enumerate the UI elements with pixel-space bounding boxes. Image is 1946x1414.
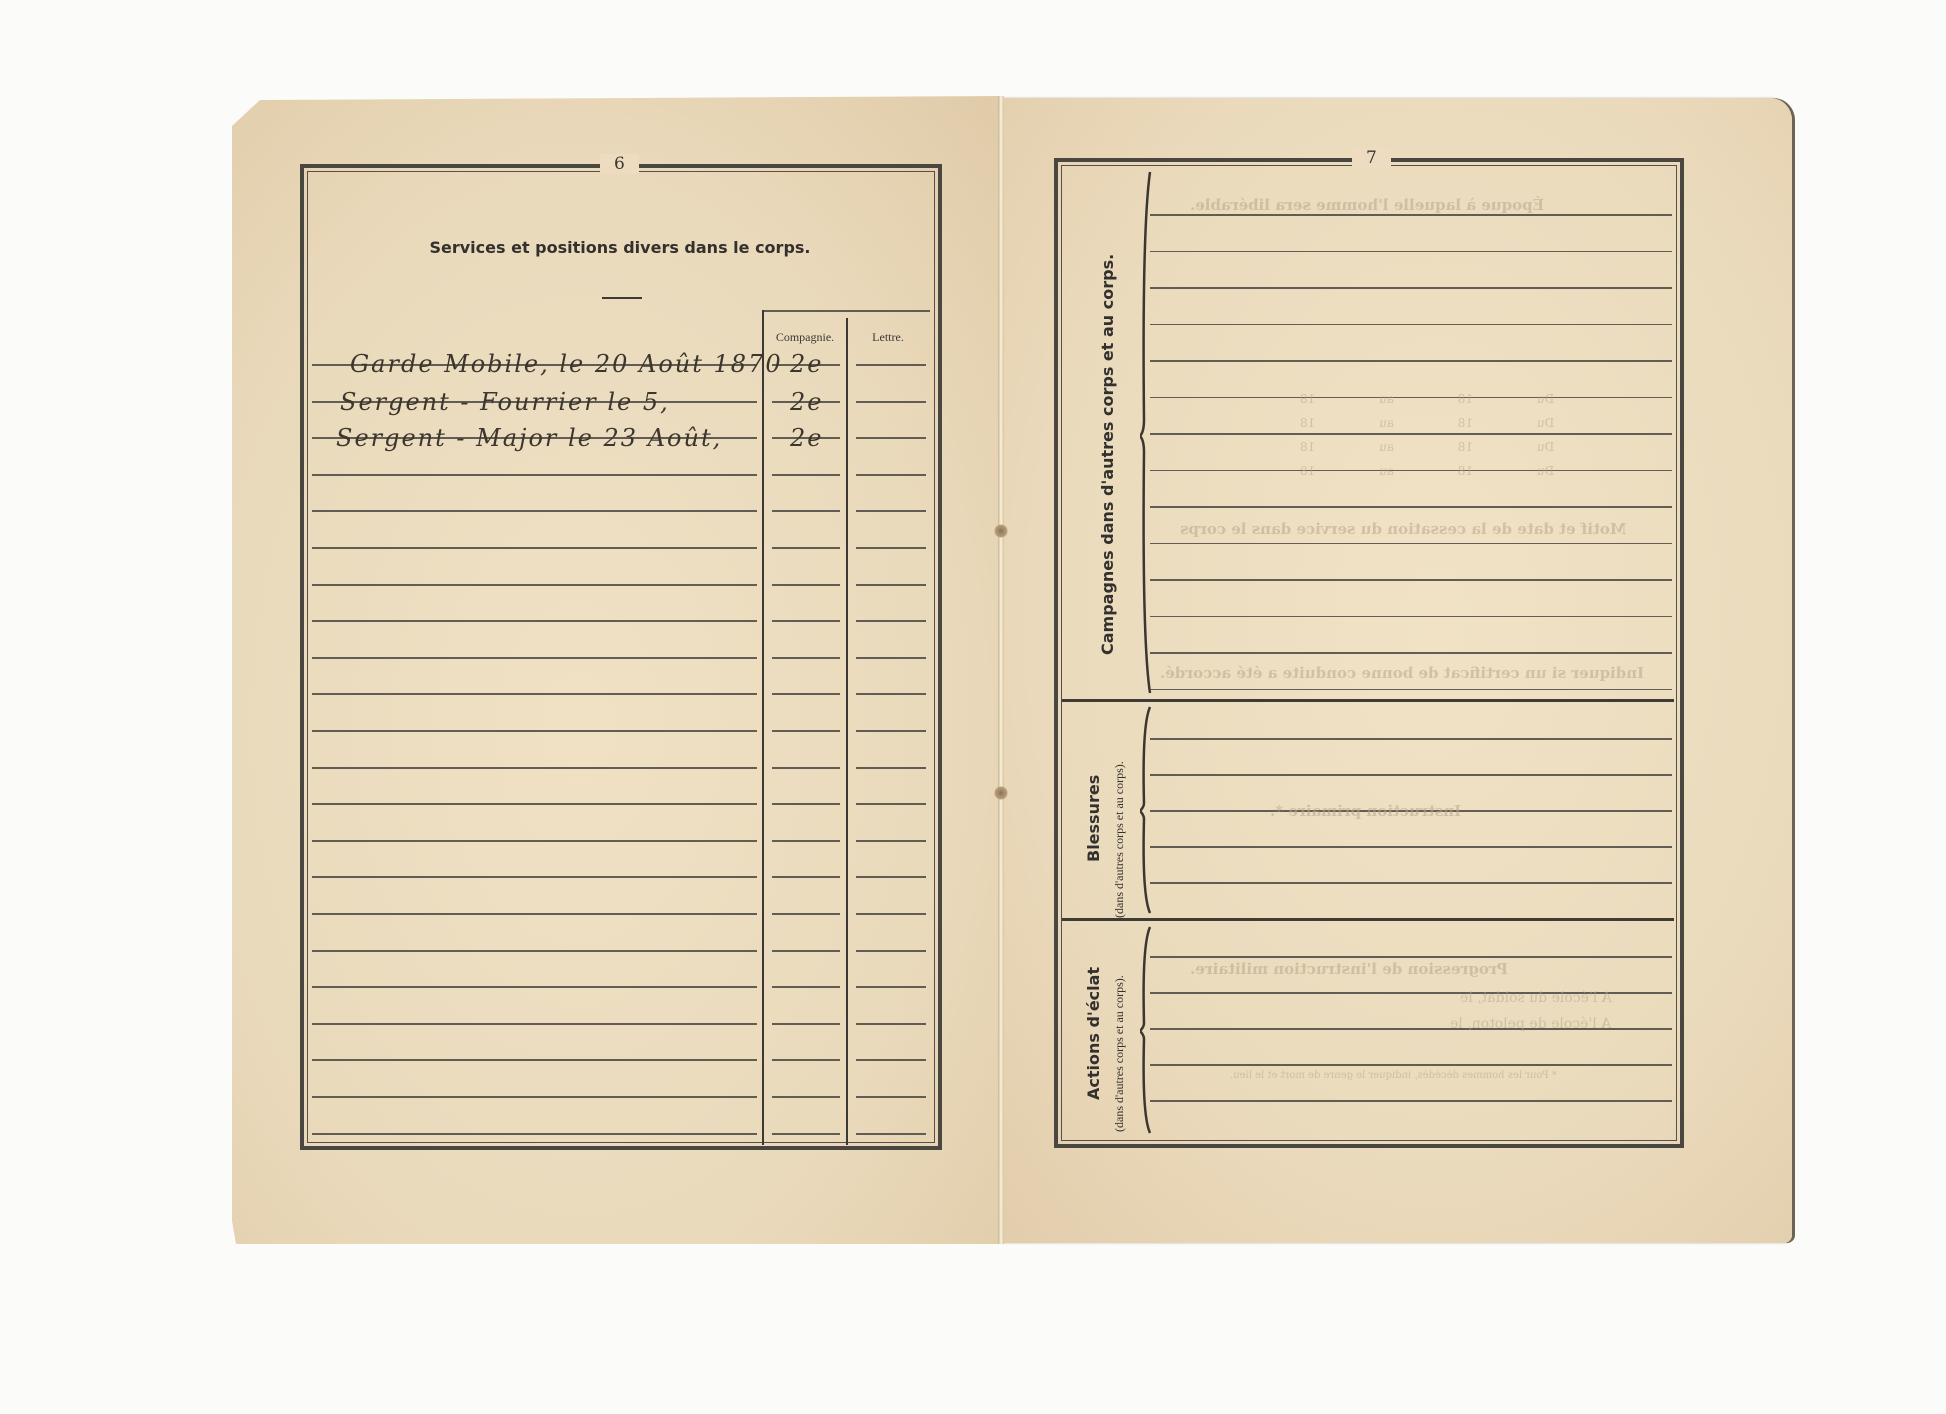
ruled-line xyxy=(312,620,757,622)
show-through-row: Du 18 au 18 xyxy=(1300,392,1554,406)
ruled-line xyxy=(772,913,840,915)
ruled-line xyxy=(856,401,926,403)
ruled-line xyxy=(856,913,926,915)
ruled-line xyxy=(772,950,840,952)
ruled-line xyxy=(856,474,926,476)
ruled-line xyxy=(312,1023,757,1025)
ruled-line xyxy=(1150,360,1672,362)
ruled-line xyxy=(856,950,926,952)
entry-text: Sergent - Major le 23 Août, xyxy=(336,424,722,452)
page-number: 7 xyxy=(1352,148,1391,168)
entry-text: Garde Mobile, le 20 Août 1870 xyxy=(350,350,783,378)
ruled-line xyxy=(772,547,840,549)
ruled-line xyxy=(856,1133,926,1135)
table-top-border xyxy=(762,310,930,312)
ruled-line xyxy=(772,584,840,586)
ruled-line xyxy=(312,986,757,988)
ruled-line xyxy=(312,547,757,549)
ruled-line xyxy=(1150,689,1672,691)
ruled-line xyxy=(772,620,840,622)
ruled-line xyxy=(856,693,926,695)
show-through-text: Indiquer si un certificat de bonne condu… xyxy=(1160,664,1644,682)
ruled-line xyxy=(772,1133,840,1135)
ruled-line xyxy=(312,950,757,952)
ruled-line xyxy=(856,767,926,769)
ruled-line xyxy=(312,657,757,659)
section-label-blessures: Blessures xyxy=(1084,775,1103,862)
ruled-line xyxy=(772,803,840,805)
show-through-text: Motif et date de la cessation du service… xyxy=(1180,520,1626,538)
ruled-line xyxy=(772,730,840,732)
page-title: Services et positions divers dans le cor… xyxy=(300,238,940,257)
ruled-line xyxy=(1150,956,1672,958)
ruled-line xyxy=(772,986,840,988)
section-divider xyxy=(1062,699,1674,702)
ruled-line xyxy=(312,913,757,915)
ruled-line xyxy=(856,1023,926,1025)
entry-compagnie: 2e xyxy=(790,388,823,416)
ruled-line xyxy=(1150,774,1672,776)
ruled-line xyxy=(856,876,926,878)
ruled-line xyxy=(772,474,840,476)
ruled-line xyxy=(1150,1064,1672,1066)
ruled-line xyxy=(1150,324,1672,326)
ruled-line xyxy=(772,510,840,512)
show-through-text: A l'école de peloton, le xyxy=(1450,1016,1611,1032)
ruled-line xyxy=(1150,882,1672,884)
ruled-line xyxy=(1150,543,1672,545)
ruled-line xyxy=(856,1096,926,1098)
section-divider xyxy=(1062,918,1674,921)
ruled-line xyxy=(772,1023,840,1025)
ruled-line xyxy=(856,364,926,366)
ruled-line xyxy=(772,1096,840,1098)
ruled-line xyxy=(772,693,840,695)
page-number: 6 xyxy=(600,154,639,174)
compagnie-column-line xyxy=(762,310,764,1145)
entry-text: Sergent - Fourrier le 5, xyxy=(340,388,670,416)
ruled-line xyxy=(1150,652,1672,654)
ruled-line xyxy=(312,730,757,732)
ruled-line xyxy=(312,803,757,805)
ruled-line xyxy=(312,584,757,586)
section-sublabel-blessures: (dans d'autres corps et au corps). xyxy=(1112,761,1127,918)
ruled-line xyxy=(856,986,926,988)
ruled-line xyxy=(856,584,926,586)
spine-tear xyxy=(994,786,1008,800)
ruled-line xyxy=(1150,251,1672,253)
ruled-line xyxy=(856,620,926,622)
show-through-text: A l'école du soldat, le xyxy=(1460,990,1612,1006)
ruled-line xyxy=(1150,616,1672,618)
ruled-line xyxy=(772,876,840,878)
show-through-text: Progression de l'instruction militaire. xyxy=(1190,960,1508,978)
ruled-line xyxy=(312,1133,757,1135)
ruled-line xyxy=(1150,846,1672,848)
ruled-line xyxy=(856,840,926,842)
entry-compagnie: 2e xyxy=(790,424,823,452)
column-header-compagnie: Compagnie. xyxy=(764,330,846,345)
ruled-line xyxy=(772,840,840,842)
show-through-text: Époque à laquelle l'homme sera libérable… xyxy=(1190,196,1544,214)
ruled-line xyxy=(312,510,757,512)
ruled-line xyxy=(856,730,926,732)
show-through-row: Du 18 au 18 xyxy=(1300,416,1554,430)
ruled-line xyxy=(856,1059,926,1061)
ruled-line xyxy=(1150,579,1672,581)
show-through-text: * Pour les hommes décédés, indiquer le g… xyxy=(1230,1070,1557,1081)
ruled-line xyxy=(1150,506,1672,508)
ruled-line xyxy=(312,474,757,476)
ruled-line xyxy=(856,657,926,659)
entry-compagnie: 2e xyxy=(790,350,823,378)
ruled-line xyxy=(1150,287,1672,289)
show-through-row: Du 18 au 18 xyxy=(1300,464,1554,478)
show-through-text: Instruction primaire *. xyxy=(1270,802,1461,820)
section-label-campagnes: Campagnes dans d'autres corps et au corp… xyxy=(1098,254,1117,655)
ruled-line xyxy=(856,510,926,512)
column-header-lettre: Lettre. xyxy=(848,330,928,345)
ruled-line xyxy=(312,840,757,842)
ruled-line xyxy=(312,1059,757,1061)
ruled-line xyxy=(1150,433,1672,435)
ruled-line xyxy=(312,767,757,769)
section-label-actions-eclat: Actions d'éclat xyxy=(1084,967,1103,1100)
ruled-line xyxy=(312,1096,757,1098)
ruled-line xyxy=(1150,214,1672,216)
ruled-line xyxy=(772,657,840,659)
ruled-line xyxy=(1150,1100,1672,1102)
ruled-line xyxy=(856,803,926,805)
show-through-row: Du 18 au 18 xyxy=(1300,440,1554,454)
ruled-line xyxy=(772,1059,840,1061)
spine-tear xyxy=(994,524,1008,538)
ruled-line xyxy=(312,876,757,878)
ruled-line xyxy=(856,437,926,439)
ruled-line xyxy=(1150,738,1672,740)
ruled-line xyxy=(312,693,757,695)
title-divider xyxy=(602,297,642,299)
book-spine xyxy=(998,96,1004,1244)
section-sublabel-actions-eclat: (dans d'autres corps et au corps). xyxy=(1112,975,1127,1132)
ruled-line xyxy=(856,547,926,549)
lettre-column-line xyxy=(846,318,848,1145)
ruled-line xyxy=(772,767,840,769)
